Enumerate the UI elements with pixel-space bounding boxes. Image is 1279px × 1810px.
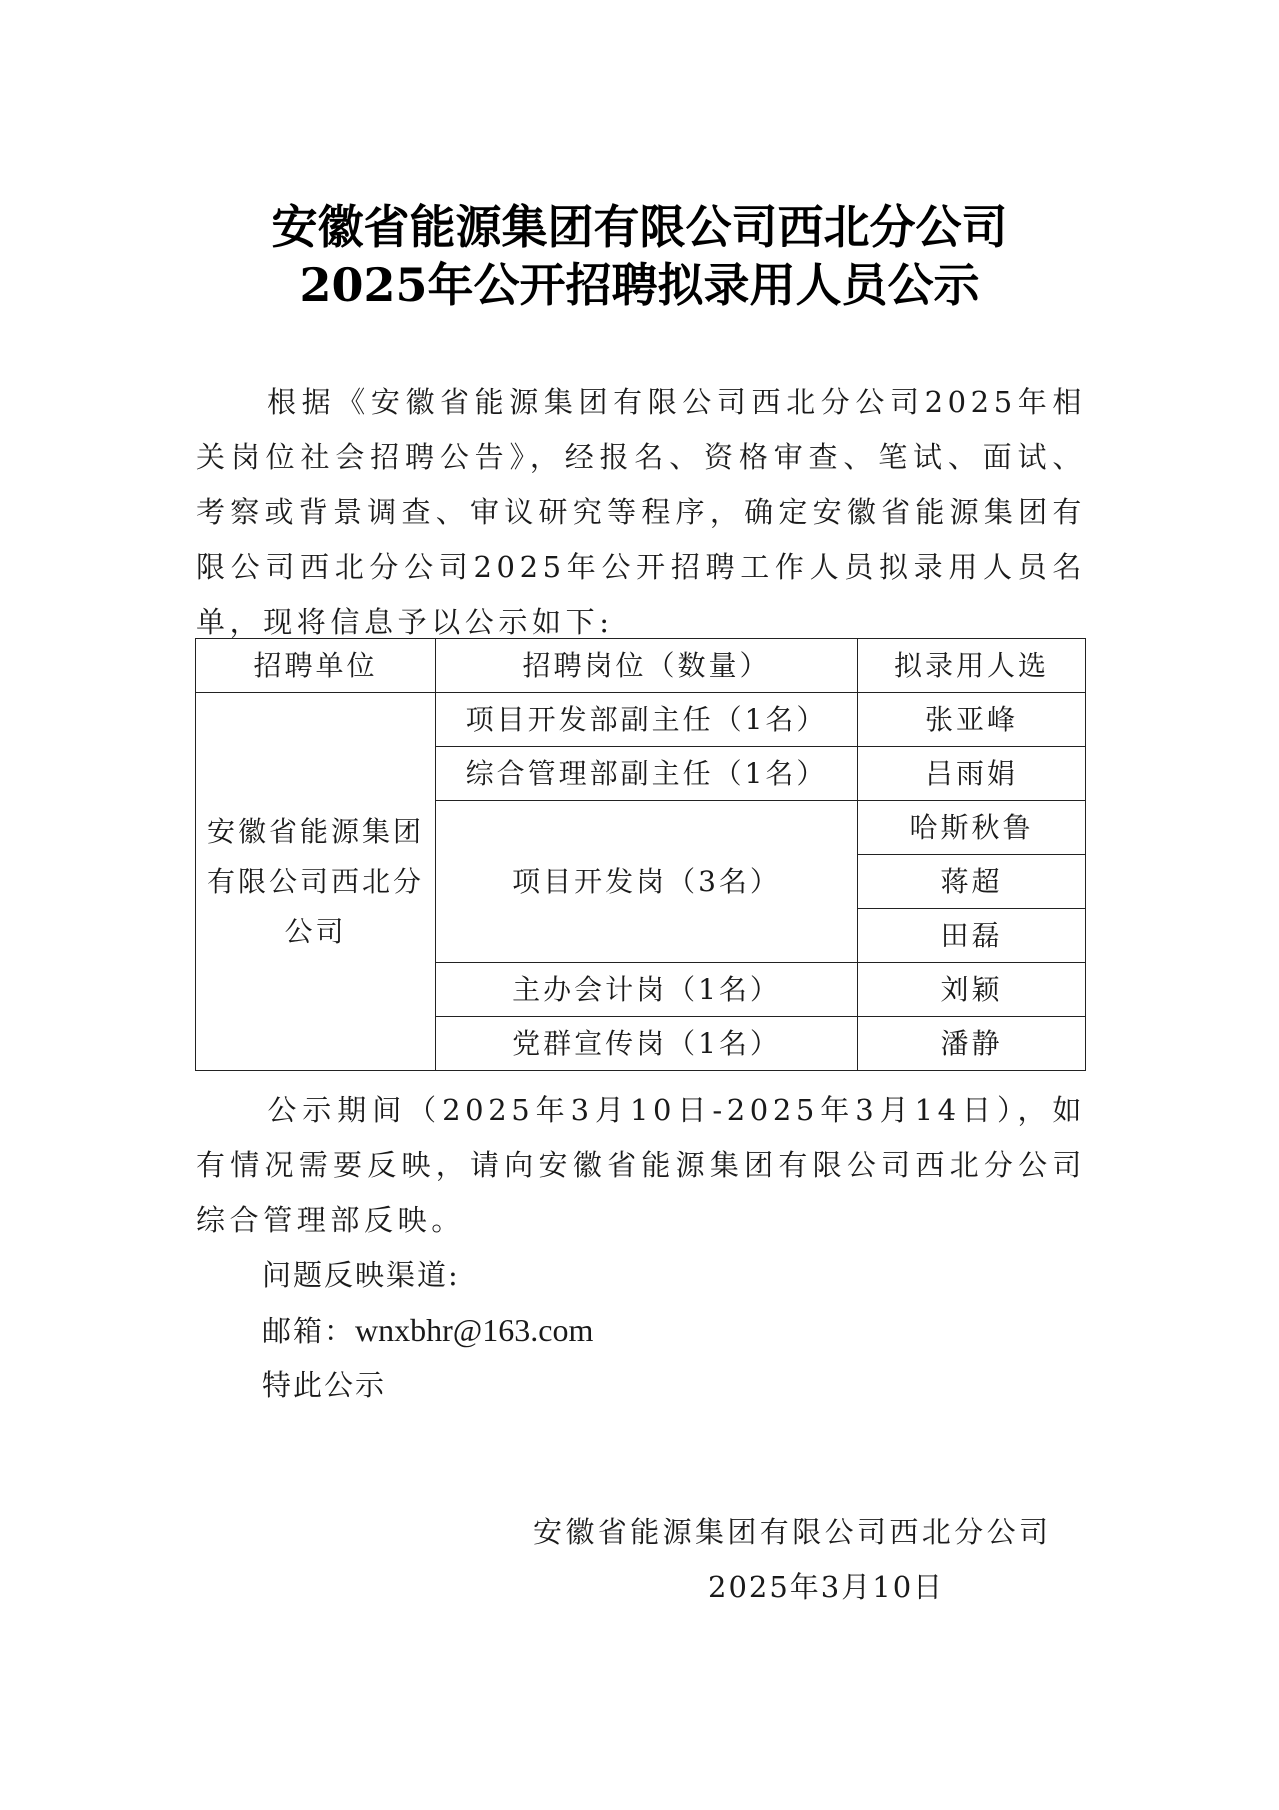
position-cell: 主办会计岗（1名） [436,963,858,1017]
position-cell: 综合管理部副主任（1名） [436,747,858,801]
candidate-cell: 吕雨娟 [858,747,1086,801]
header-position: 招聘岗位（数量） [436,639,858,693]
candidate-cell: 田磊 [858,909,1086,963]
hiring-table: 招聘单位 招聘岗位（数量） 拟录用人选 安徽省能源集团有限公司西北分公司 项目开… [195,638,1086,1071]
intro-text: 根据《安徽省能源集团有限公司西北分公司2025年相关岗位社会招聘公告》，经报名、… [196,385,1086,639]
intro-paragraph: 根据《安徽省能源集团有限公司西北分公司2025年相关岗位社会招聘公告》，经报名、… [196,375,1086,650]
email-address-link[interactable]: wnxbhr@163.com [355,1312,593,1348]
table-header-row: 招聘单位 招聘岗位（数量） 拟录用人选 [196,639,1086,693]
closing-text: 特此公示 [262,1358,386,1413]
unit-cell: 安徽省能源集团有限公司西北分公司 [196,693,436,1071]
candidate-cell: 刘颖 [858,963,1086,1017]
document-title: 安徽省能源集团有限公司西北分公司 2025年公开招聘拟录用人员公示 [0,198,1279,314]
title-line-2: 2025年公开招聘拟录用人员公示 [0,256,1279,314]
position-cell: 项目开发部副主任（1名） [436,693,858,747]
notice-text: 公示期间（2025年3月10日-2025年3月14日），如有情况需要反映，请向安… [196,1093,1086,1237]
signature-organization: 安徽省能源集团有限公司西北分公司 [533,1505,1051,1560]
position-cell: 项目开发岗（3名） [436,801,858,963]
candidate-cell: 蒋超 [858,855,1086,909]
signature-date: 2025年3月10日 [708,1560,944,1615]
header-unit: 招聘单位 [196,639,436,693]
candidate-cell: 潘静 [858,1017,1086,1071]
candidate-cell: 哈斯秋鲁 [858,801,1086,855]
title-line-1: 安徽省能源集团有限公司西北分公司 [0,198,1279,256]
feedback-channel-label: 问题反映渠道: [262,1248,460,1303]
candidate-cell: 张亚峰 [858,693,1086,747]
email-label: 邮箱： [262,1314,355,1348]
position-cell: 党群宣传岗（1名） [436,1017,858,1071]
email-line: 邮箱：wnxbhr@163.com [262,1303,593,1359]
header-candidate: 拟录用人选 [858,639,1086,693]
table-row: 安徽省能源集团有限公司西北分公司 项目开发部副主任（1名） 张亚峰 [196,693,1086,747]
notice-paragraph: 公示期间（2025年3月10日-2025年3月14日），如有情况需要反映，请向安… [196,1083,1086,1248]
